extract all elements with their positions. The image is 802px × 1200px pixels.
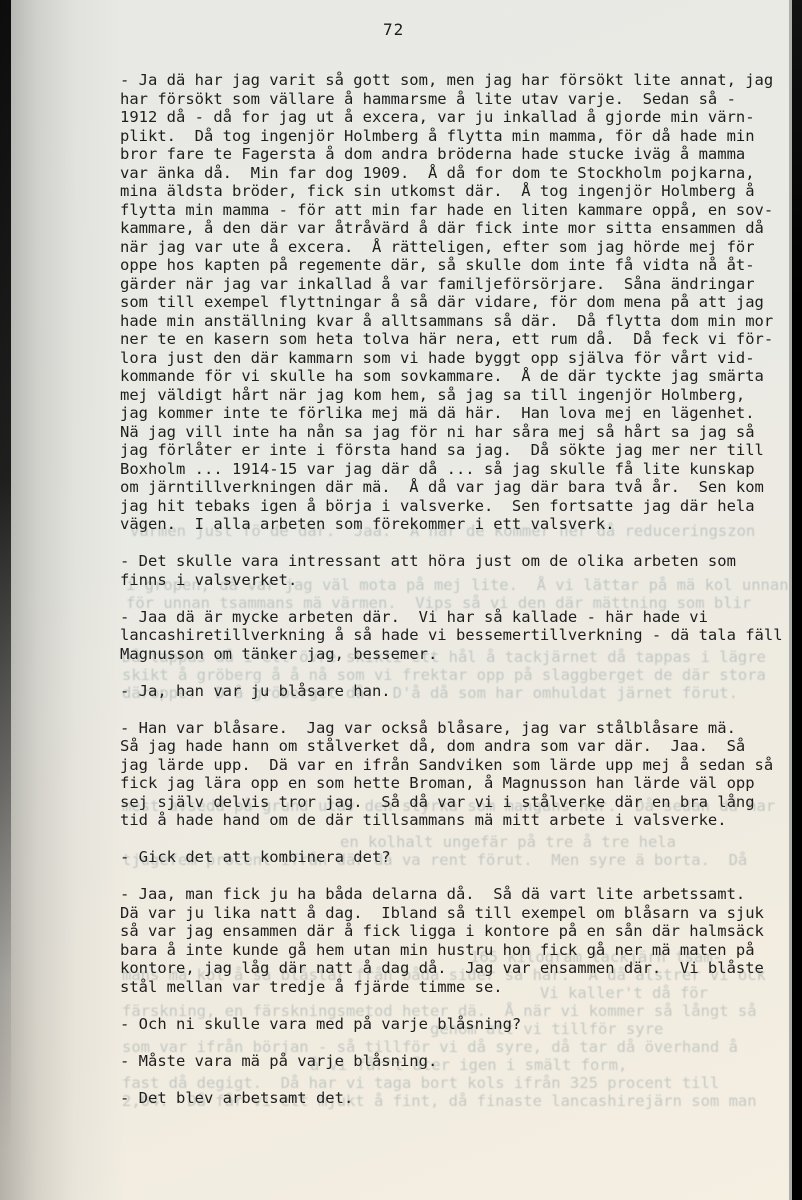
paragraph: - Ja dä har jag varit så gott som, men j… bbox=[120, 71, 796, 534]
paragraph: - Ja, han var ju blåsare han. bbox=[120, 682, 796, 701]
scan-edge-left bbox=[0, 0, 11, 1200]
paragraph: - Och ni skulle vara med på varje blåsni… bbox=[120, 1015, 796, 1034]
scanned-document-page: värmen just fö de där. Jaa. Å när de kom… bbox=[0, 0, 802, 1200]
paragraph: - Jaa dä är mycke arbeten där. Vi har så… bbox=[120, 608, 796, 664]
paragraph: - Det skulle vara intressant att höra ju… bbox=[120, 552, 796, 589]
paragraph: - Måste vara mä på varje blåsning. bbox=[120, 1052, 796, 1071]
paragraph: - Det blev arbetsamt det. bbox=[120, 1089, 796, 1108]
paragraph: - Jaa, man fick ju ha båda delarna då. S… bbox=[120, 885, 796, 996]
page-number: 72 bbox=[383, 20, 404, 39]
paragraph: - Gick det att kombinera det? bbox=[120, 848, 796, 867]
page-curve-shadow bbox=[0, 0, 125, 1200]
interview-transcript: - Ja dä har jag varit så gott som, men j… bbox=[120, 71, 796, 1126]
paragraph: - Han var blåsare. Jag var också blåsare… bbox=[120, 719, 796, 830]
